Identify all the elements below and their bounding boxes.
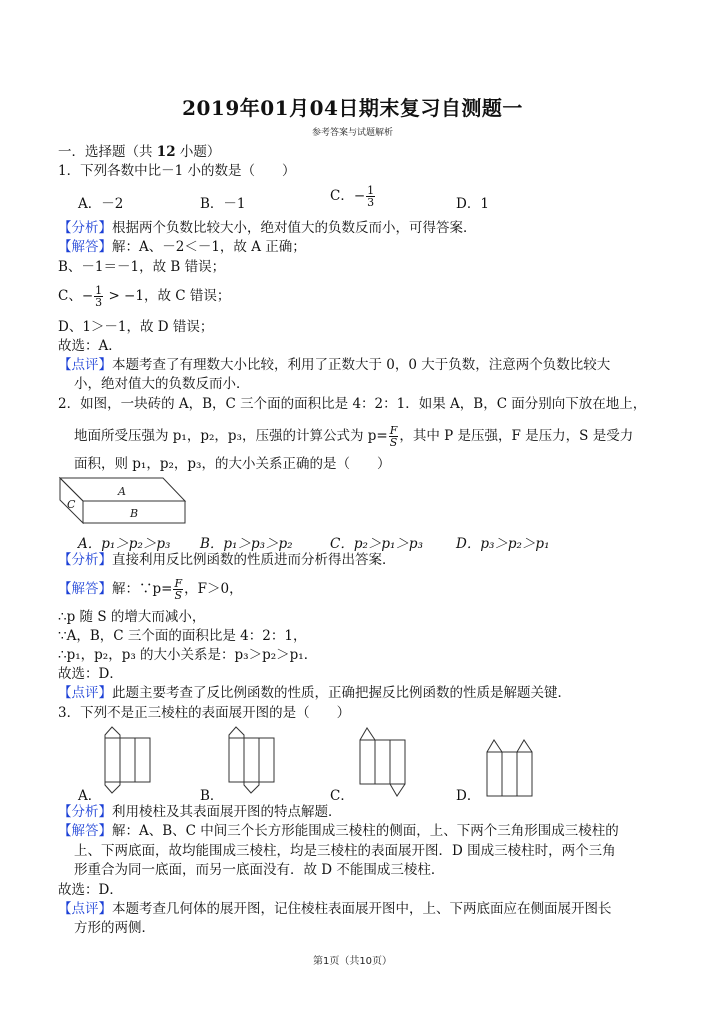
brick-label-b: B bbox=[129, 507, 138, 520]
q3-option-a: A． bbox=[78, 784, 101, 804]
net-figure-c bbox=[357, 726, 407, 798]
q2-analysis: 【分析】直接利用反比例函数的性质进而分析得出答案． bbox=[58, 551, 396, 569]
page-subtitle: 参考答案与试题解析 bbox=[0, 125, 705, 138]
q2-choose: 故选：D． bbox=[58, 665, 123, 683]
q3-stem: 3．下列不是正三棱柱的表面展开图的是（ ） bbox=[58, 704, 350, 722]
document-page: 2019年01月04日期末复习自测题一 参考答案与试题解析 一．选择题（共 12… bbox=[0, 0, 705, 1024]
q1-comment: 【点评】本题考查了有理数大小比较，利用了正数大于 0，0 大于负数，注意两个负数… bbox=[58, 356, 610, 374]
fraction: FS bbox=[173, 578, 183, 601]
brick-label-a: A bbox=[117, 485, 126, 498]
q2-line4: ∴p₁，p₂，p₃ 的大小关系是：p₃＞p₂＞p₁． bbox=[58, 646, 317, 664]
brick-label-c: C bbox=[67, 498, 76, 511]
fraction: 13 bbox=[94, 285, 103, 308]
q1-solution: 【解答】解：A、－2＜－1，故 A 正确； bbox=[58, 238, 306, 256]
comment-tag: 【点评】 bbox=[58, 901, 112, 917]
q2-solution: 【解答】解：∵p=FS，F＞0， bbox=[58, 578, 243, 601]
analysis-tag: 【分析】 bbox=[58, 552, 112, 568]
q1-option-c: C．−13 bbox=[330, 184, 376, 208]
q1-stem: 1．下列各数中比－1 小的数是（ ） bbox=[58, 162, 295, 180]
q1-line-d: D、1＞－1，故 D 错误； bbox=[58, 318, 213, 336]
net-figure-b bbox=[226, 726, 276, 796]
q2-option-a: A．p₁＞p₂＞p₃ bbox=[78, 532, 170, 552]
q2-stem-line1: 2．如图，一块砖的 A，B，C 三个面的面积比是 4：2：1．如果 A，B，C … bbox=[58, 395, 646, 413]
q3-solution: 【解答】解：A、B、C 中间三个长方形能围成三棱柱的侧面，上、下两个三角形围成三… bbox=[58, 822, 619, 840]
q2-line3: ∵A，B，C 三个面的面积比是 4：2：1， bbox=[58, 627, 306, 645]
q3-comment-cont: 方形的两侧． bbox=[74, 919, 155, 937]
q1-choose: 故选：A． bbox=[58, 337, 122, 355]
q3-option-d: D． bbox=[456, 784, 480, 804]
page-title: 2019年01月04日期末复习自测题一 bbox=[0, 92, 705, 121]
q1-comment-cont: 小，绝对值大的负数反而小． bbox=[74, 375, 250, 393]
q1-analysis: 【分析】根据两个负数比较大小，绝对值大的负数反而小，可得答案． bbox=[58, 219, 477, 237]
comment-tag: 【点评】 bbox=[58, 685, 112, 701]
solution-tag: 【解答】 bbox=[58, 581, 112, 597]
brick-figure: A B C bbox=[58, 476, 188, 524]
analysis-tag: 【分析】 bbox=[58, 220, 112, 236]
q3-analysis: 【分析】利用棱柱及其表面展开图的特点解题． bbox=[58, 803, 342, 821]
q3-choose: 故选：D． bbox=[58, 881, 123, 899]
q1-option-a: A．－2 bbox=[78, 192, 123, 212]
fraction: 13 bbox=[366, 185, 375, 208]
q2-comment: 【点评】此题主要考查了反比例函数的性质，正确把握反比例函数的性质是解题关键． bbox=[58, 684, 571, 702]
solution-tag: 【解答】 bbox=[58, 823, 112, 839]
section-heading: 一．选择题（共 12 小题） bbox=[58, 143, 220, 161]
page-footer: 第1页（共10页） bbox=[0, 952, 705, 967]
q1-line-b: B、－1＝－1，故 B 错误； bbox=[58, 258, 225, 276]
net-figure-d bbox=[484, 738, 534, 800]
q3-comment: 【点评】本题考查几何体的展开图，记住棱柱表面展开图中，上、下两底面应在侧面展开图… bbox=[58, 900, 612, 918]
q2-line2: ∴p 随 S 的增大而减小， bbox=[58, 608, 205, 626]
net-figure-a bbox=[102, 726, 152, 796]
q3-solution-line3: 形重合为同一底面，而另一底面没有．故 D 不能围成三棱柱． bbox=[74, 861, 444, 879]
q3-option-c: C． bbox=[330, 784, 354, 804]
q3-option-b: B． bbox=[200, 784, 223, 804]
q2-option-c: C．p₂＞p₁＞p₃ bbox=[330, 532, 423, 552]
q2-option-b: B．p₁＞p₃＞p₂ bbox=[200, 532, 293, 552]
q1-option-d: D．1 bbox=[456, 192, 489, 212]
q1-option-b: B．－1 bbox=[200, 192, 246, 212]
analysis-tag: 【分析】 bbox=[58, 804, 112, 820]
solution-tag: 【解答】 bbox=[58, 239, 112, 255]
q2-stem-line2: 地面所受压强为 p₁，p₂，p₃，压强的计算公式为 p=FS，其中 P 是压强，… bbox=[74, 425, 633, 448]
comment-tag: 【点评】 bbox=[58, 357, 112, 373]
q2-stem-line3: 面积，则 p₁，p₂，p₃，的大小关系正确的是（ ） bbox=[74, 455, 390, 473]
q2-option-d: D．p₃＞p₂＞p₁ bbox=[456, 532, 550, 552]
fraction: FS bbox=[389, 425, 399, 448]
q1-line-c: C、−13 > −1，故 C 错误； bbox=[58, 285, 230, 308]
q3-solution-line2: 上、下两底面，故均能围成三棱柱，均是三棱柱的表面展开图．D 围成三棱柱时，两个三… bbox=[74, 842, 616, 860]
